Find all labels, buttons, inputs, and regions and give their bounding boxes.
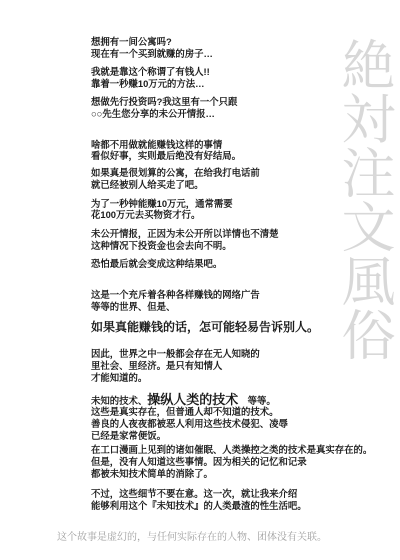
ad-paragraph-1: 想拥有一间公寓吗? 现在有一个买到就赚的房子… (91, 36, 393, 59)
text-line: 因此，世界之中一般都会存在无人知晓的 (91, 348, 393, 360)
text-line: 这些是真实存在，但普通人却不知道的技术。 (91, 406, 393, 418)
body-text-column: 想拥有一间公寓吗? 现在有一个买到就赚的房子… 我就是靠这个称谓了有钱人!! 靠… (91, 36, 393, 512)
text-line: ○○先生您分享的未公开情报… (91, 108, 393, 120)
text-line: 就已经被别人给买走了吧。 (91, 179, 393, 191)
tech-mixed-line: 未知的技术、操纵人类的技术 等等。 (91, 393, 393, 407)
text-line: 花100万元去买物资才行。 (91, 209, 393, 221)
text-line: 不过，这些细节不要在意。这一次，就让我来介绍 (91, 488, 393, 500)
text-line: 善良的人夜夜都被恶人利用这些技术侵犯、凌辱 (91, 418, 393, 430)
text-line: 都被未知技术简单的消除了。 (91, 468, 393, 480)
text-line: 里社会、里经济。是只有知情人 (91, 360, 393, 372)
text-line: 在工口漫画上见到的诸如催眠、人类操控之类的技术是真实存在的。 (91, 444, 393, 456)
debunk-paragraph-3: 为了一秒钟能赚10万元，通常需要 花100万元去买物资才行。 (91, 198, 393, 221)
tech-paragraph: 未知的技术、操纵人类的技术 等等。 这些是真实存在，但普通人却不知道的技术。 善… (91, 393, 393, 442)
text-line: 等等的世界、但是、 (91, 301, 393, 313)
text-line: 如果真是很划算的公寓，在给我打电话前 (91, 167, 393, 179)
text-line: 但是，没有人知道这些事情。因为相关的记忆和记录 (91, 456, 393, 468)
text-line: 想拥有一间公寓吗? (91, 36, 393, 48)
text-line: 啥都不用做就能赚钱这样的事情 (91, 139, 393, 151)
text-line: 为了一秒钟能赚10万元，通常需要 (91, 198, 393, 210)
emphasis-text: 操纵人类的技术 (147, 392, 238, 407)
text-segment: 等等。 (238, 395, 276, 406)
text-segment: 未知的技术、 (91, 395, 147, 406)
world-paragraph: 这是一个充斥着各种各样赚钱的网络广告 等等的世界、但是、 (91, 289, 393, 312)
text-line: 我就是靠这个称谓了有钱人!! (91, 66, 393, 78)
text-line: 才能知道的。 (91, 372, 393, 384)
text-line: 现在有一个买到就赚的房子… (91, 48, 393, 60)
text-line: 未公开情报，正因为未公开所以详情也不清楚 (91, 228, 393, 240)
headline: 如果真能赚钱的话，怎可能轻易告诉别人。 (91, 321, 393, 334)
ad-paragraph-2: 我就是靠这个称谓了有钱人!! 靠着一秒赚10万元的方法… (91, 66, 393, 89)
page: 絶対注文風俗 想拥有一间公寓吗? 现在有一个买到就赚的房子… 我就是靠这个称谓了… (0, 0, 400, 560)
text-line: 这是一个充斥着各种各样赚钱的网络广告 (91, 289, 393, 301)
outro-paragraph: 不过，这些细节不要在意。这一次，就让我来介绍 能够利用这个『未知技术』的人类最渣… (91, 488, 393, 511)
text-line: 能够利用这个『未知技术』的人类最渣的性生活吧。 (91, 500, 393, 512)
debunk-paragraph-2: 如果真是很划算的公寓，在给我打电话前 就已经被别人给买走了吧。 (91, 167, 393, 190)
text-line: 这种情况下投资金也会去向不明。 (91, 240, 393, 252)
debunk-paragraph-4: 未公开情报，正因为未公开所以详情也不清楚 这种情况下投资金也会去向不明。 (91, 228, 393, 251)
text-line: 恐怕最后就会变成这种结果吧。 (91, 258, 393, 270)
text-line: 想做先行投资吗?我这里有一个只跟 (91, 96, 393, 108)
secret-paragraph: 因此，世界之中一般都会存在无人知晓的 里社会、里经济。是只有知情人 才能知道的。 (91, 348, 393, 383)
text-line: 已经是家常便饭。 (91, 430, 393, 442)
text-line: 看似好事，实则最后绝没有好结局。 (91, 150, 393, 162)
ad-paragraph-3: 想做先行投资吗?我这里有一个只跟 ○○先生您分享的未公开情报… (91, 96, 393, 119)
debunk-paragraph-5: 恐怕最后就会变成这种结果吧。 (91, 258, 393, 270)
text-line: 靠着一秒赚10万元的方法… (91, 78, 393, 90)
debunk-paragraph-1: 啥都不用做就能赚钱这样的事情 看似好事，实则最后绝没有好结局。 (91, 139, 393, 162)
disclaimer-footer: 这个故事是虚幻的，与任何实际存在的人物、团体没有关联。 (57, 528, 327, 543)
manga-paragraph: 在工口漫画上见到的诸如催眠、人类操控之类的技术是真实存在的。 但是，没有人知道这… (91, 444, 393, 479)
